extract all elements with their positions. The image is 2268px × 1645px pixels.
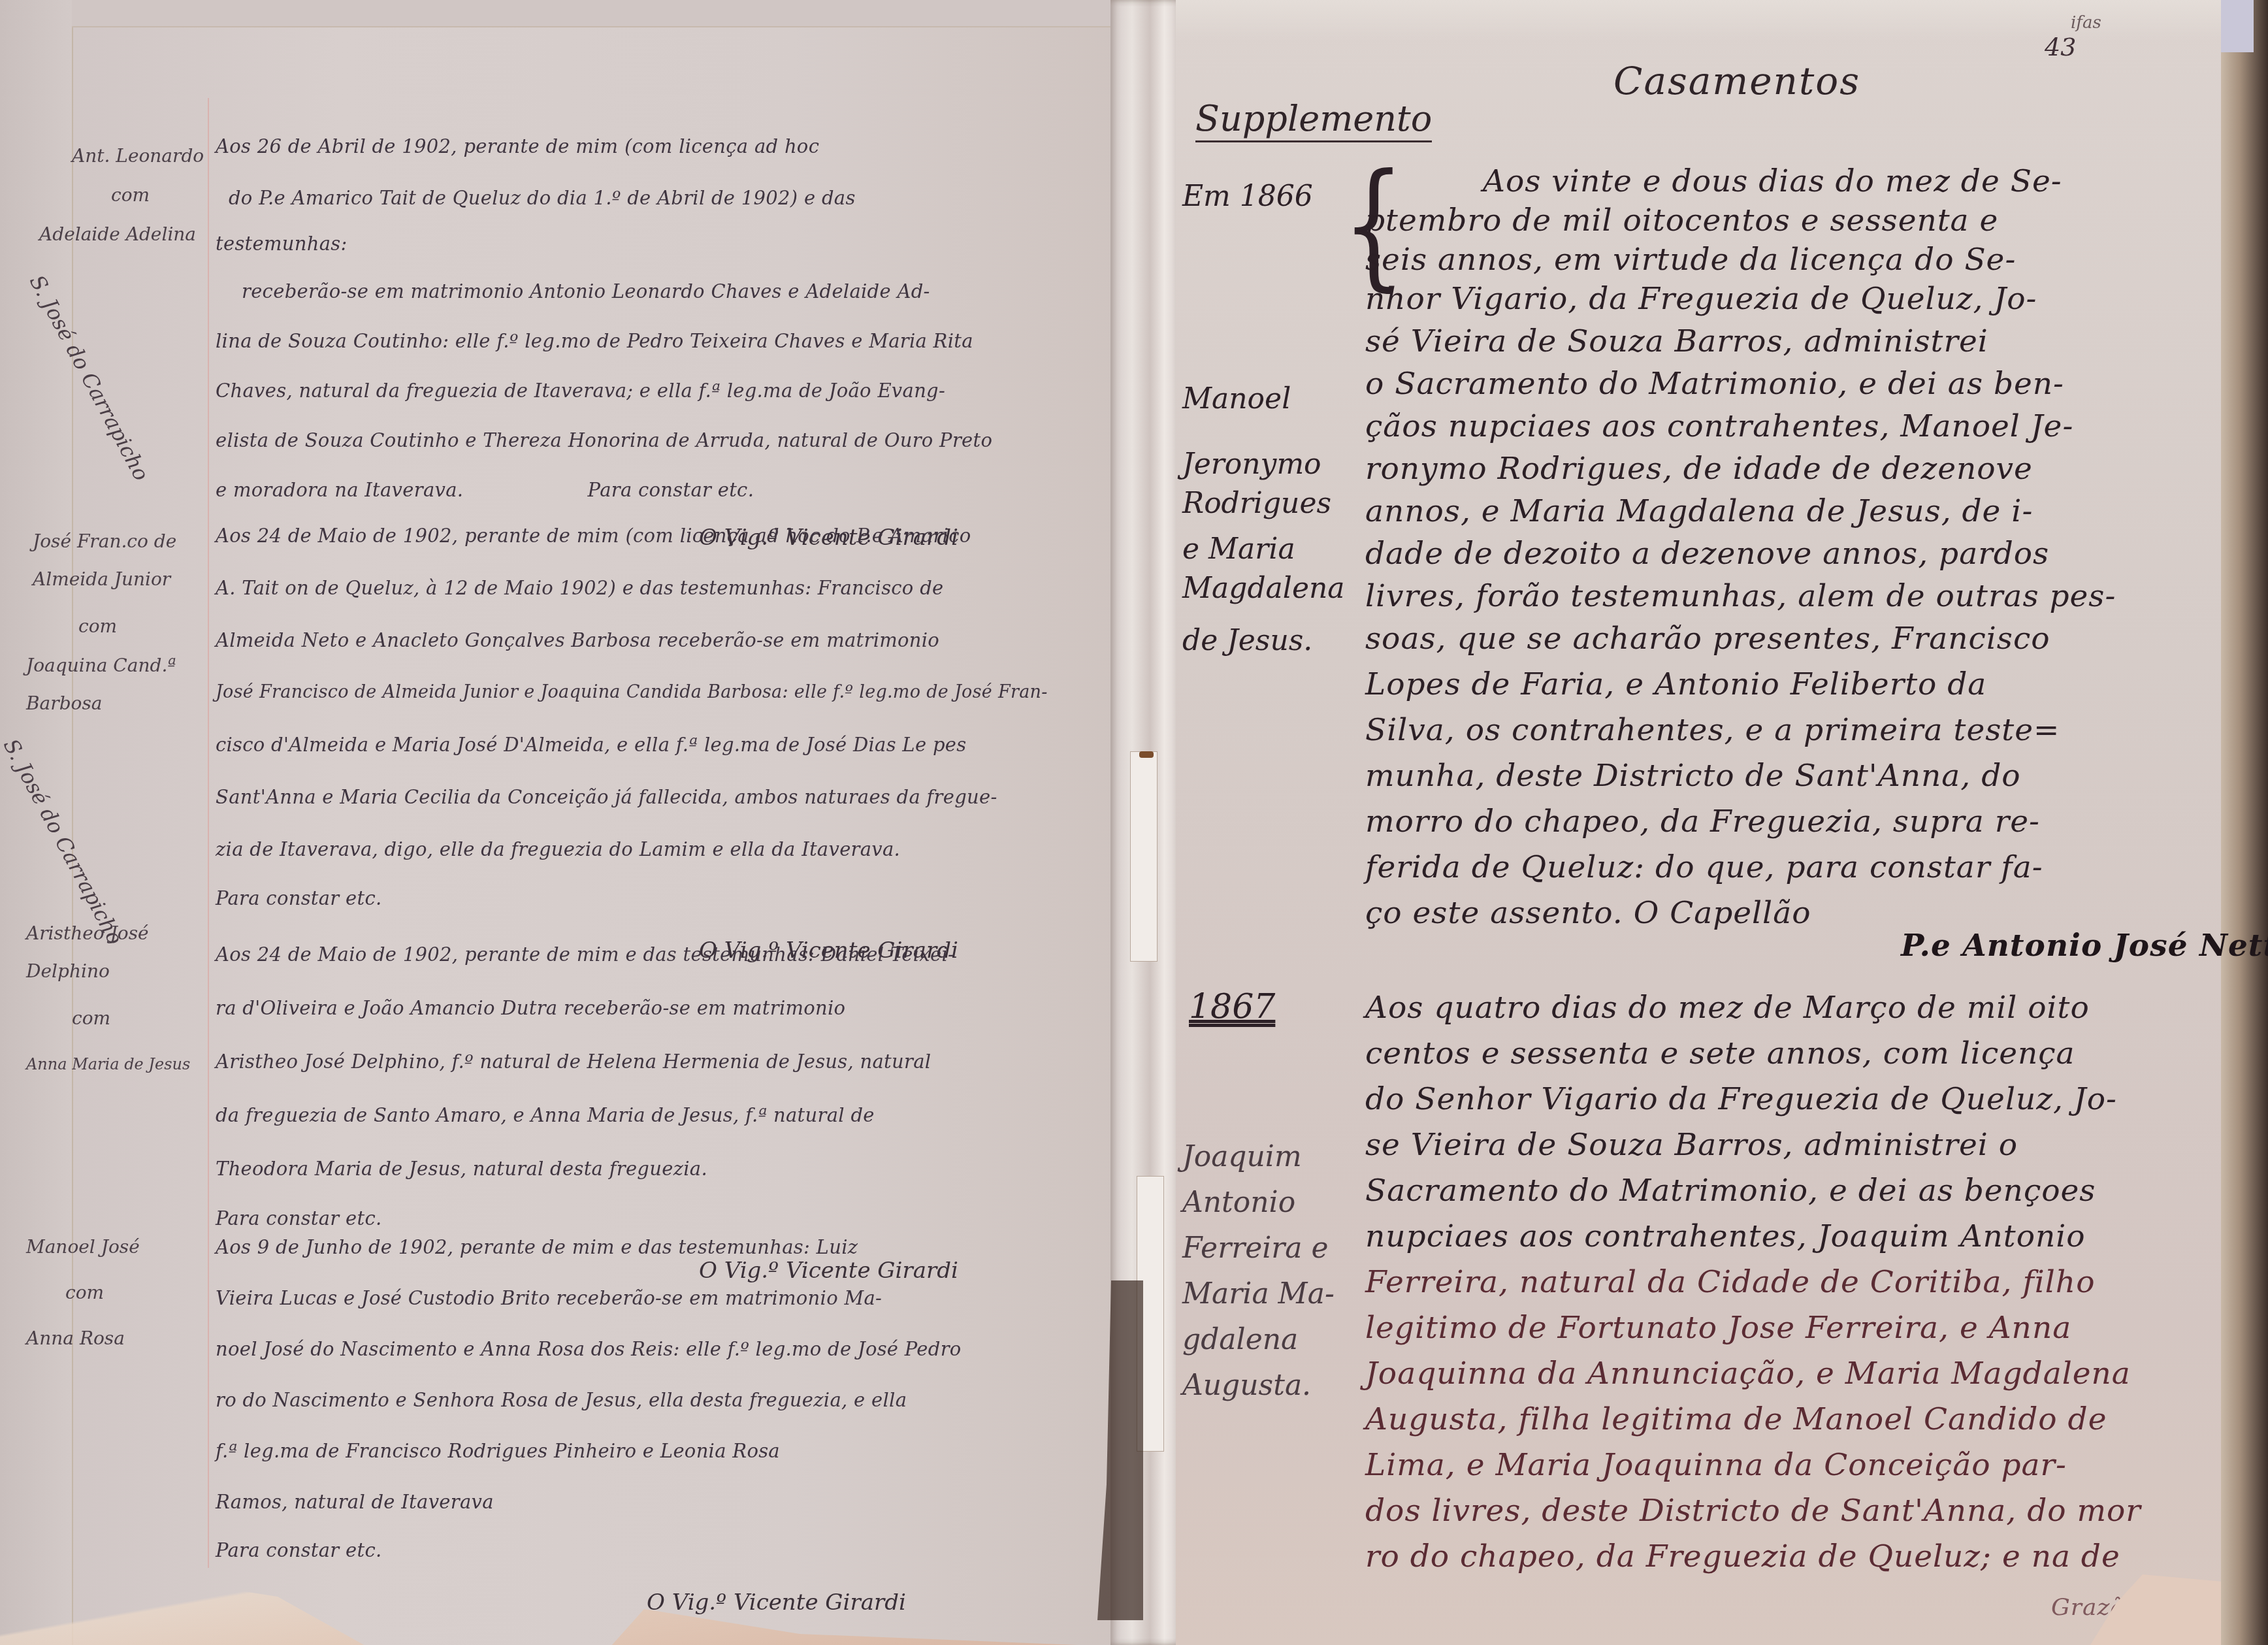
entry-line: testemunhas: (216, 221, 1117, 267)
entry-line: centos e sessenta e sete annos, com lice… (1365, 1035, 2075, 1071)
entry-line: Aos 26 de Abril de 1902, perante de mim … (216, 118, 1117, 175)
entry-line: Aristheo José Delphino, f.º natural de H… (216, 1035, 1117, 1088)
entry-line: ronymo Rodrigues, de idade de dezenove (1365, 451, 2033, 487)
entry-line: legitimo de Fortunato Jose Ferreira, e A… (1365, 1310, 2071, 1346)
entry-line: José Francisco de Almeida Junior e Joaqu… (216, 666, 1117, 719)
marriage-entry: Aos 26 de Abril de 1902, perante de mim … (216, 118, 1117, 561)
margin-connector: com (78, 608, 117, 645)
entry-line: Para constar etc. (216, 1527, 1117, 1573)
margin-name: Magdalena (1182, 568, 1345, 609)
binding-tear (1130, 751, 1158, 962)
margin-connector: com (72, 1000, 110, 1037)
entry-line: ro do Nascimento e Senhora Rosa de Jesus… (216, 1375, 1117, 1425)
entry-line: Lopes de Faria, e Antonio Feliberto da (1365, 666, 1986, 702)
margin-groom-name: Ant. Leonardo (72, 137, 204, 175)
entry-line: o Sacramento do Matrimonio, e dei as ben… (1365, 366, 2064, 402)
chaplain-signature: P.e Antonio José Netto (1901, 928, 2268, 964)
margin-name: de Jesus. (1182, 621, 1312, 661)
margin-name: Jeronymo (1182, 444, 1321, 485)
margin-groom-name: José Fran.co de Almeida Junior (33, 523, 189, 598)
entry-line: Ramos, natural de Itaverava (216, 1476, 1117, 1527)
margin-name: Rodrigues (1182, 483, 1331, 524)
entry-line: lina de Souza Coutinho: elle f.º leg.mo … (216, 316, 1117, 366)
entry-line: Theodora Maria de Jesus, natural desta f… (216, 1142, 1117, 1196)
entry-line: livres, forão testemunhas, alem de outra… (1365, 578, 2116, 614)
page-heading: Casamentos (1613, 59, 1860, 103)
margin-connector: com (65, 1274, 104, 1312)
margin-name: Antonio (1182, 1182, 1295, 1223)
entry-line: Aos 24 de Maio de 1902, perante de mim e… (216, 928, 1117, 981)
marriage-entry: Aos 9 de Junho de 1902, perante de mim e… (216, 1222, 1117, 1632)
entry-line: sé Vieira de Souza Barros, administrei (1365, 323, 1988, 359)
entry-line: dade de dezoito a dezenove annos, pardos (1365, 536, 2049, 572)
entry-line: Lima, e Maria Joaquinna da Conceição par… (1365, 1447, 2067, 1483)
entry-year-label: Em 1866 (1182, 176, 1313, 217)
entry-line: Augusta, filha legitima de Manoel Candid… (1365, 1401, 2107, 1437)
margin-name: Ferreira e (1182, 1228, 1329, 1269)
entry-line: morro do chapeo, da Freguezia, supra re- (1365, 804, 2040, 839)
page-top-edge (72, 0, 1133, 27)
marriage-entry: Aos 24 de Maio de 1902, perante de mim (… (216, 510, 1117, 980)
entry-line: Para constar etc. (216, 875, 1117, 921)
entry-line: nhor Vigario, da Freguezia de Queluz, Jo… (1365, 281, 2037, 317)
entry-line: soas, que se acharão presentes, Francisc… (1365, 621, 2050, 657)
margin-connector: com (111, 176, 150, 214)
entry-line: Aos 9 de Junho de 1902, perante de mim e… (216, 1222, 1117, 1273)
entry-line: e moradora na Itaverava. Para constar et… (216, 465, 1117, 515)
page-stack-edge (2221, 0, 2268, 1645)
entry-line: ro do chapeo, da Freguezia de Queluz; e … (1365, 1539, 2120, 1574)
margin-groom-name: Manoel José (26, 1228, 140, 1266)
entry-line: Silva, os contrahentes, e a primeira tes… (1365, 712, 2060, 748)
entry-line: ra d'Oliveira e João Amancio Dutra receb… (216, 981, 1117, 1035)
entry-year-label: 1867 (1189, 986, 1275, 1027)
open-register-book: Ant. Leonardo com Adelaide Adelina S. Jo… (0, 0, 2268, 1645)
entry-line: cisco d'Almeida e Maria José D'Almeida, … (216, 719, 1117, 771)
entry-line: munha, deste Districto de Sant'Anna, do (1365, 758, 2021, 794)
margin-name: Maria Ma- (1182, 1274, 1335, 1314)
entry-line: çãos nupciaes aos contrahentes, Manoel J… (1365, 408, 2073, 444)
entry-line: elista de Souza Coutinho e Thereza Honor… (216, 415, 1117, 465)
entry-line: Chaves, natural da freguezia de Itaverav… (216, 366, 1117, 415)
entry-line: Vieira Lucas e José Custodio Brito receb… (216, 1273, 1117, 1324)
entry-line: nupciaes aos contrahentes, Joaquim Anton… (1365, 1218, 2086, 1254)
entry-line: Sacramento do Matrimonio, e dei as benço… (1365, 1173, 2096, 1209)
entry-line: se Vieira de Souza Barros, administrei o (1365, 1127, 2018, 1163)
entry-line: A. Tait on de Queluz, à 12 de Maio 1902)… (216, 562, 1117, 614)
entry-line: Sant'Anna e Maria Cecilia da Conceição j… (216, 771, 1117, 823)
entry-line: zia de Itaverava, digo, elle da freguezi… (216, 823, 1117, 875)
entry-line: Aos quatro dias do mez de Março de mil o… (1365, 990, 2090, 1026)
margin-name: Joaquim (1182, 1137, 1302, 1177)
entry-line: do Senhor Vigario da Freguezia de Queluz… (1365, 1081, 2117, 1117)
entry-line: Almeida Neto e Anacleto Gonçalves Barbos… (216, 614, 1117, 666)
entry-line: dos livres, deste Districto de Sant'Anna… (1365, 1493, 2141, 1529)
entry-line: ferida de Queluz: do que, para constar f… (1365, 849, 2043, 885)
signature-text: O Vig.º Vicente Girardi (647, 1589, 906, 1616)
entry-line: Aos vinte e dous dias do mez de Se- (1483, 163, 2062, 199)
background-surface (2221, 0, 2254, 52)
left-page: Ant. Leonardo com Adelaide Adelina S. Jo… (0, 0, 1133, 1645)
entry-line: Aos 24 de Maio de 1902, perante de mim (… (216, 510, 1117, 562)
folio-number: 43 (2045, 33, 2076, 61)
margin-place-name: S. José do Carrapicho (19, 268, 160, 488)
entry-line: do P.e Amarico Tait de Queluz do dia 1.º… (216, 175, 1117, 221)
entry-line: seis annos, em virtude da licença do Se- (1365, 242, 2016, 278)
left-margin-names: Ant. Leonardo com Adelaide Adelina S. Jo… (13, 0, 202, 1645)
margin-bride-name: Anna Maria de Jesus (26, 1045, 190, 1083)
folio-annotation: ifas (2071, 13, 2101, 33)
entry-line: annos, e Maria Magdalena de Jesus, de i- (1365, 493, 2033, 529)
entry-line: Ferreira, natural da Cidade de Coritiba,… (1365, 1264, 2095, 1300)
entry-line: da freguezia de Santo Amaro, e Anna Mari… (216, 1088, 1117, 1142)
margin-bride-name: Anna Rosa (26, 1320, 125, 1358)
margin-name: Manoel (1182, 379, 1291, 419)
entry-line: noel José do Nascimento e Anna Rosa dos … (216, 1324, 1117, 1375)
margin-name: Augusta. (1182, 1365, 1311, 1406)
margin-bride-name: Joaquina Cand.ª Barbosa (26, 647, 189, 723)
margin-bride-name: Adelaide Adelina (39, 216, 196, 253)
entry-line: ptembro de mil oitocentos e sessenta e (1365, 203, 1998, 238)
rust-stain (1139, 751, 1154, 758)
margin-name: e Maria (1182, 529, 1295, 570)
margin-groom-name: Aristheo José Delphino (26, 915, 170, 990)
entry-line: f.ª leg.ma de Francisco Rodrigues Pinhei… (216, 1425, 1117, 1476)
entry-line: Joaquinna da Annunciação, e Maria Magdal… (1365, 1356, 2131, 1392)
entry-line: receberão-se em matrimonio Antonio Leona… (216, 267, 1117, 316)
right-margin-names: Em 1866 Manoel Jeronymo Rodrigues e Mari… (1182, 0, 1352, 1645)
entry-line: ço este assento. O Capellão (1365, 895, 1811, 931)
margin-name: gdalena (1182, 1320, 1298, 1360)
red-margin-rule (208, 98, 209, 1568)
